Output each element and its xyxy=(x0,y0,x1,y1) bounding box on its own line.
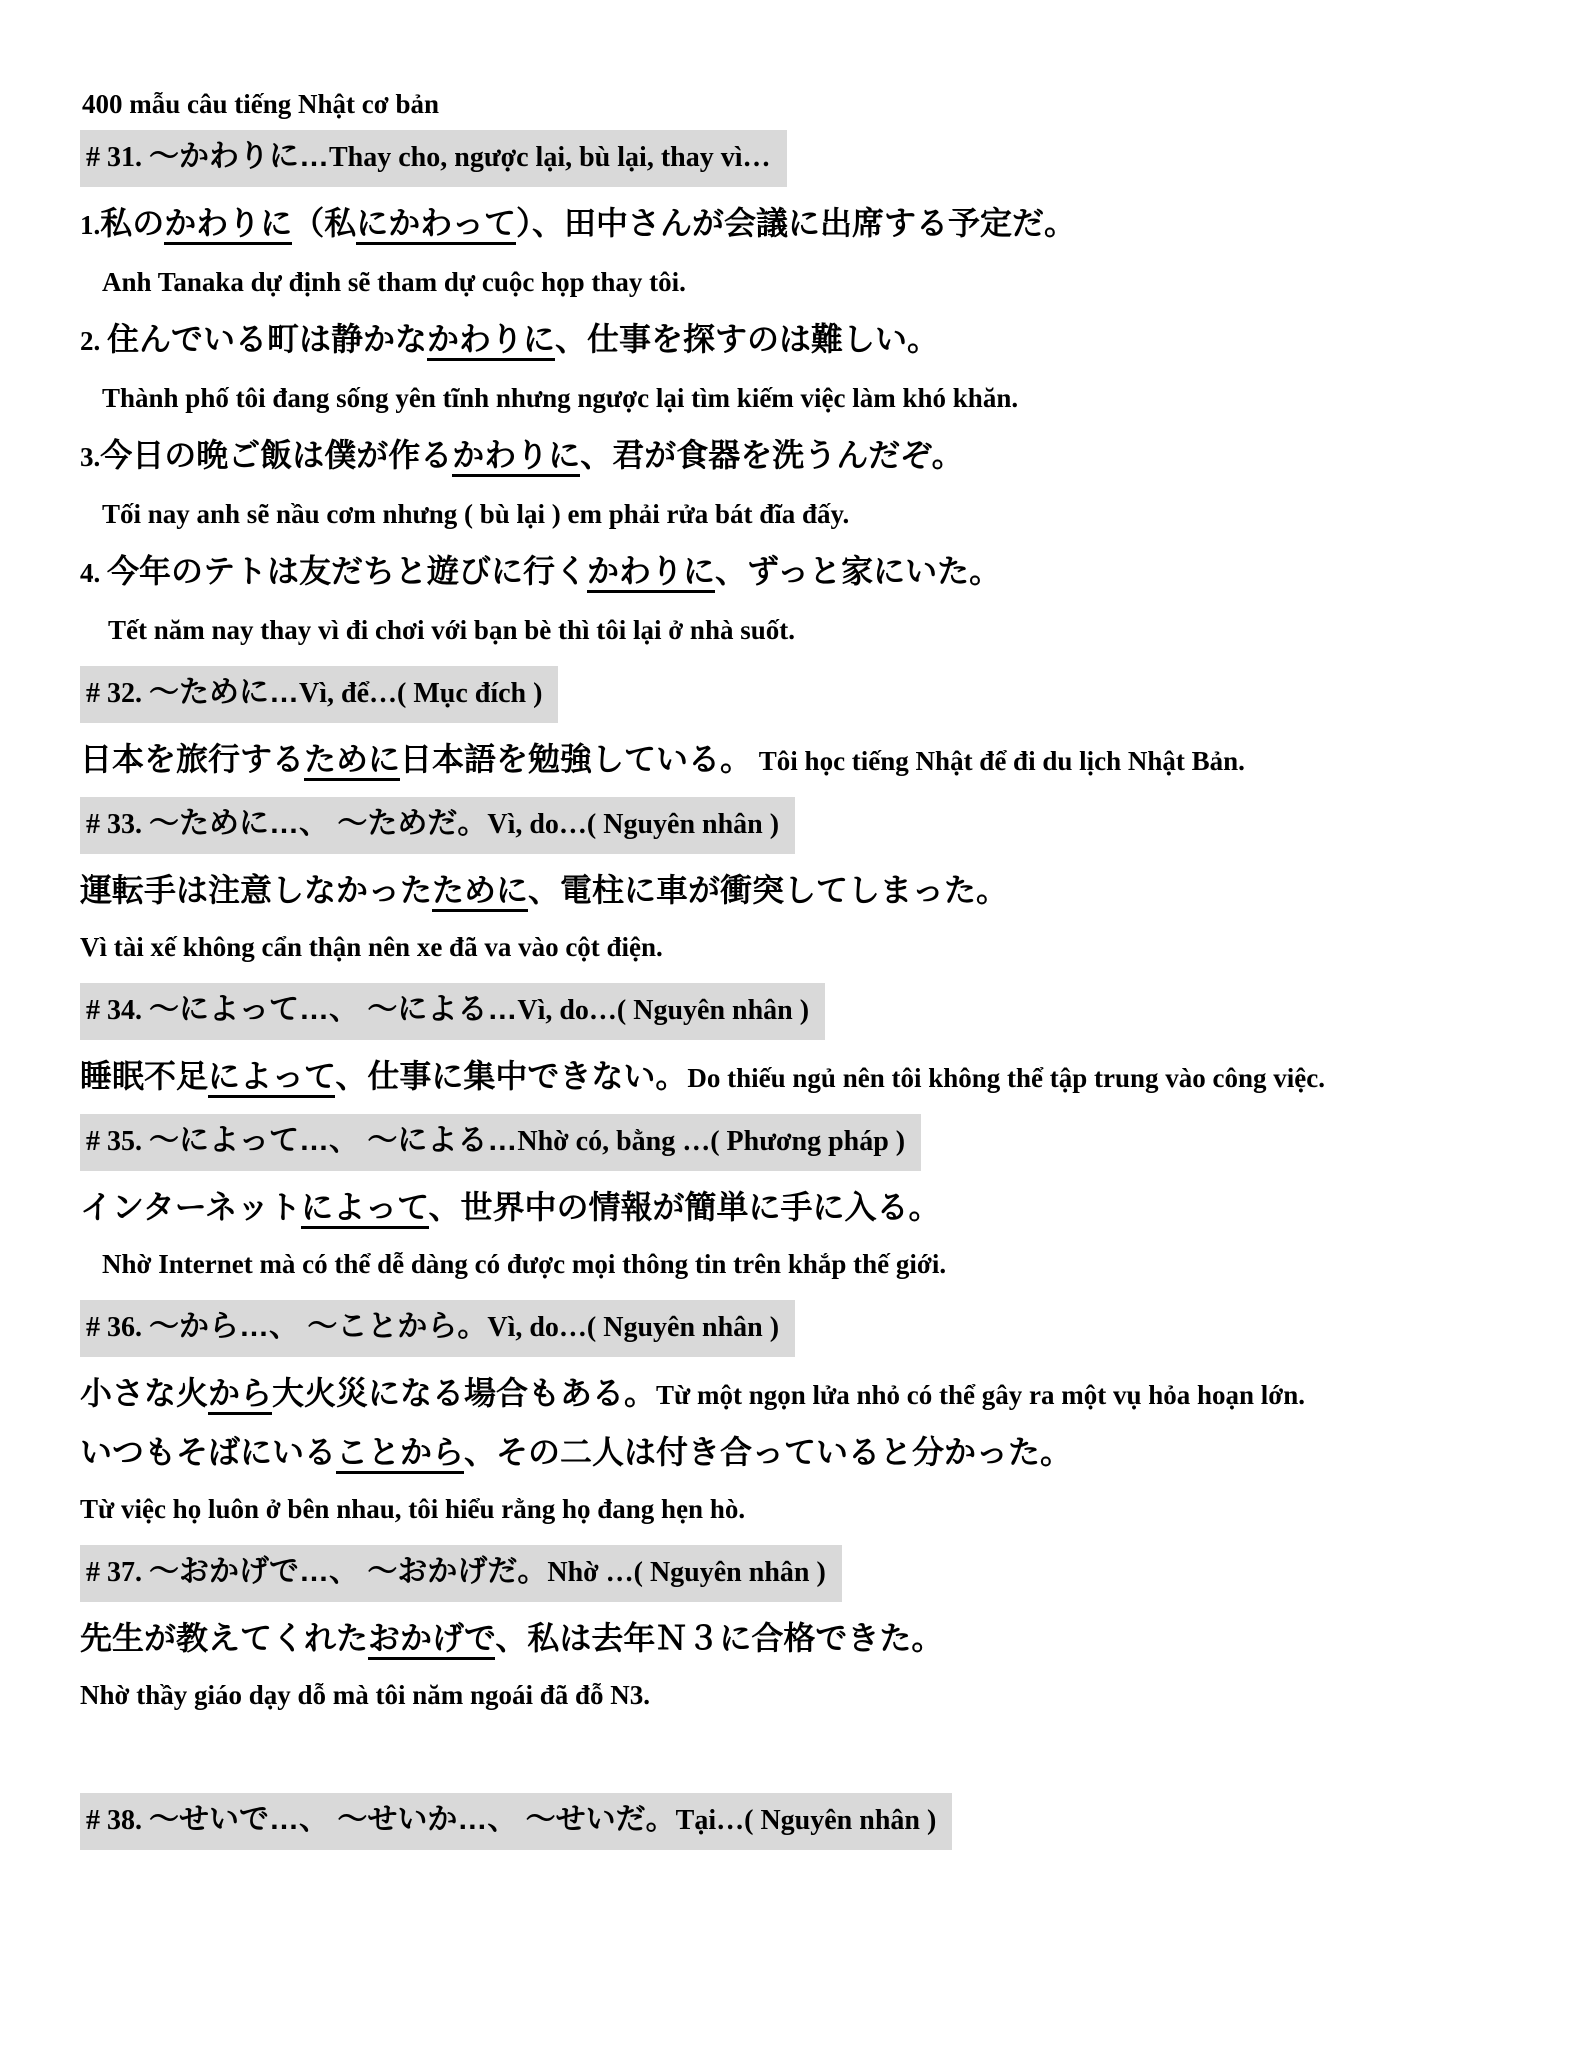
text-segment: 、仕事に集中できない。 xyxy=(335,1058,687,1094)
vietnamese-translation: Tết năm nay thay vì đi chơi với bạn bè t… xyxy=(80,609,1523,651)
underlined-grammar-pattern: ために xyxy=(304,741,400,781)
line-text: 4. 今年のテトは友だちと遊びに行くかわりに、ずっと家にいた。 xyxy=(80,550,1001,594)
grammar-pattern-header: # 32. ～ために…Vì, để…( Mục đích ) xyxy=(80,666,1523,723)
text-segment: ～ために… xyxy=(149,676,299,709)
line-text: Tết năm nay thay vì đi chơi với bạn bè t… xyxy=(108,609,795,651)
text-segment: Anh Tanaka dự định sẽ tham dự cuộc họp t… xyxy=(102,267,686,297)
japanese-sentence: いつもそばにいることから、その二人は付き合っていると分かった。 xyxy=(80,1431,1523,1473)
vietnamese-translation: Nhờ thầy giáo dạy dỗ mà tôi năm ngoái đã… xyxy=(80,1674,1523,1716)
text-segment: Vì tài xế không cẩn thận nên xe đã va và… xyxy=(80,932,663,962)
line-text: 1.私のかわりに（私にかわって）、田中さんが会議に出席する予定だ。 xyxy=(80,202,1076,246)
text-segment: Tết năm nay thay vì đi chơi với bạn bè t… xyxy=(108,615,795,645)
line-text: 2. 住んでいる町は静かなかわりに、仕事を探すのは難しい。 xyxy=(80,318,939,362)
text-segment: Tại…( Nguyên nhân ) xyxy=(676,1805,937,1836)
underlined-grammar-pattern: にかわって xyxy=(356,205,516,245)
text-segment: ～せいで…、 ～せいか…、 ～せいだ。 xyxy=(149,1803,676,1836)
text-segment: Tối nay anh sẽ nầu cơm nhưng ( bù lại ) … xyxy=(102,499,849,529)
text-segment: 日本語を勉強している。 xyxy=(400,741,752,777)
japanese-sentence: インターネットによって、世界中の情報が簡単に手に入る。 xyxy=(80,1186,1523,1228)
text-segment: 今年のテトは友だちと遊びに行く xyxy=(107,553,587,589)
text-segment: 3. xyxy=(80,442,100,472)
japanese-sentence: 運転手は注意しなかったために、電柱に車が衝突してしまった。 xyxy=(80,869,1523,911)
text-segment: ～によって…、 ～による… xyxy=(149,1124,517,1157)
underlined-grammar-pattern: おかげで xyxy=(368,1620,495,1660)
text-segment: # 38. xyxy=(86,1805,149,1836)
text-segment: 、ずっと家にいた。 xyxy=(715,553,1001,589)
vietnamese-translation: Từ việc họ luôn ở bên nhau, tôi hiểu rằn… xyxy=(80,1488,1523,1530)
line-text: Tối nay anh sẽ nầu cơm nhưng ( bù lại ) … xyxy=(102,493,849,535)
text-segment: 先生が教えてくれた xyxy=(80,1620,368,1656)
text-segment: 2. xyxy=(80,326,107,356)
spacer xyxy=(80,1731,1523,1793)
text-segment: Tôi học tiếng Nhật để đi du lịch Nhật Bả… xyxy=(752,746,1245,776)
vietnamese-translation: Anh Tanaka dự định sẽ tham dự cuộc họp t… xyxy=(80,261,1523,303)
japanese-sentence: 先生が教えてくれたおかげで、私は去年Ｎ３に合格できた。 xyxy=(80,1617,1523,1659)
text-segment: 、私は去年Ｎ３に合格できた。 xyxy=(495,1620,943,1656)
header-highlight: # 32. ～ために…Vì, để…( Mục đích ) xyxy=(80,666,558,723)
text-segment: Nhờ …( Nguyên nhân ) xyxy=(547,1557,825,1588)
underlined-grammar-pattern: によって xyxy=(208,1058,335,1098)
content: # 31. ～かわりに…Thay cho, ngược lại, bù lại,… xyxy=(80,130,1523,1850)
grammar-pattern-header: # 36. ～から…、 ～ことから。Vì, do…( Nguyên nhân ) xyxy=(80,1300,1523,1357)
line-text: 3.今日の晩ご飯は僕が作るかわりに、君が食器を洗うんだぞ。 xyxy=(80,434,964,478)
text-segment: 、その二人は付き合っていると分かった。 xyxy=(464,1434,1072,1470)
header-highlight: # 36. ～から…、 ～ことから。Vì, do…( Nguyên nhân ) xyxy=(80,1300,795,1357)
text-segment: ～ために…、 ～ためだ。 xyxy=(149,807,487,840)
text-segment: Nhờ có, bằng …( Phương pháp ) xyxy=(517,1126,905,1157)
text-segment: ～かわりに… xyxy=(149,140,329,173)
grammar-pattern-header: # 35. ～によって…、 ～による…Nhờ có, bằng …( Phươn… xyxy=(80,1114,1523,1171)
underlined-grammar-pattern: かわりに xyxy=(452,437,580,477)
text-segment: Vì, do…( Nguyên nhân ) xyxy=(487,809,779,840)
text-segment: 、電柱に車が衝突してしまった。 xyxy=(528,872,1008,908)
text-segment: # 31. xyxy=(86,142,149,173)
text-segment: Từ việc họ luôn ở bên nhau, tôi hiểu rằn… xyxy=(80,1494,745,1524)
vietnamese-translation: Nhờ Internet mà có thể dễ dàng có được m… xyxy=(80,1243,1523,1285)
text-segment: 日本を旅行する xyxy=(80,741,304,777)
japanese-sentence: 1.私のかわりに（私にかわって）、田中さんが会議に出席する予定だ。 xyxy=(80,202,1523,246)
document-title: 400 mẫu câu tiếng Nhật cơ bản xyxy=(82,88,1523,120)
line-text: Từ việc họ luôn ở bên nhau, tôi hiểu rằn… xyxy=(80,1488,745,1530)
line-text: 日本を旅行するために日本語を勉強している。 Tôi học tiếng Nhật… xyxy=(80,738,1245,782)
header-highlight: # 37. ～おかげで…、 ～おかげだ。Nhờ …( Nguyên nhân ) xyxy=(80,1545,842,1602)
text-segment: ～から…、 ～ことから。 xyxy=(149,1310,487,1343)
text-segment: # 35. xyxy=(86,1126,149,1157)
japanese-sentence: 小さな火から大火災になる場合もある。Từ một ngọn lửa nhỏ có… xyxy=(80,1372,1523,1416)
text-segment: # 33. xyxy=(86,809,149,840)
grammar-pattern-header: # 38. ～せいで…、 ～せいか…、 ～せいだ。Tại…( Nguyên nh… xyxy=(80,1793,1523,1850)
document-page: 400 mẫu câu tiếng Nhật cơ bản # 31. ～かわり… xyxy=(0,0,1583,2048)
line-text: 運転手は注意しなかったために、電柱に車が衝突してしまった。 xyxy=(80,869,1008,911)
text-segment: 私の xyxy=(100,205,164,241)
grammar-pattern-header: # 34. ～によって…、 ～による…Vì, do…( Nguyên nhân … xyxy=(80,983,1523,1040)
grammar-pattern-header: # 37. ～おかげで…、 ～おかげだ。Nhờ …( Nguyên nhân ) xyxy=(80,1545,1523,1602)
underlined-grammar-pattern: かわりに xyxy=(164,205,292,245)
underlined-grammar-pattern: から xyxy=(208,1375,272,1415)
text-segment: いつもそばにいる xyxy=(80,1434,336,1470)
text-segment: Thành phố tôi đang sống yên tĩnh nhưng n… xyxy=(102,383,1018,413)
header-highlight: # 35. ～によって…、 ～による…Nhờ có, bằng …( Phươn… xyxy=(80,1114,921,1171)
text-segment: インターネット xyxy=(80,1189,301,1225)
text-segment: 1. xyxy=(80,210,100,240)
vietnamese-translation: Thành phố tôi đang sống yên tĩnh nhưng n… xyxy=(80,377,1523,419)
line-text: 睡眠不足によって、仕事に集中できない。Do thiếu ngủ nên tôi … xyxy=(80,1055,1325,1099)
text-segment: Thay cho, ngược lại, bù lại, thay vì… xyxy=(329,142,771,173)
text-segment: 睡眠不足 xyxy=(80,1058,208,1094)
text-segment: 4. xyxy=(80,558,107,588)
japanese-sentence: 4. 今年のテトは友だちと遊びに行くかわりに、ずっと家にいた。 xyxy=(80,550,1523,594)
text-segment: # 36. xyxy=(86,1312,149,1343)
header-highlight: # 34. ～によって…、 ～による…Vì, do…( Nguyên nhân … xyxy=(80,983,825,1040)
text-segment: ～おかげで…、 ～おかげだ。 xyxy=(149,1555,547,1588)
underlined-grammar-pattern: ために xyxy=(432,872,528,912)
line-text: インターネットによって、世界中の情報が簡単に手に入る。 xyxy=(80,1186,941,1228)
text-segment: # 34. xyxy=(86,995,149,1026)
header-highlight: # 38. ～せいで…、 ～せいか…、 ～せいだ。Tại…( Nguyên nh… xyxy=(80,1793,952,1850)
vietnamese-translation: Tối nay anh sẽ nầu cơm nhưng ( bù lại ) … xyxy=(80,493,1523,535)
grammar-pattern-header: # 31. ～かわりに…Thay cho, ngược lại, bù lại,… xyxy=(80,130,1523,187)
text-segment: Do thiếu ngủ nên tôi không thể tập trung… xyxy=(687,1063,1325,1093)
text-segment: 、世界中の情報が簡単に手に入る。 xyxy=(429,1189,941,1225)
line-text: 小さな火から大火災になる場合もある。Từ một ngọn lửa nhỏ có… xyxy=(80,1372,1305,1416)
text-segment: 小さな火 xyxy=(80,1375,208,1411)
line-text: Nhờ thầy giáo dạy dỗ mà tôi năm ngoái đã… xyxy=(80,1674,650,1716)
text-segment: Nhờ thầy giáo dạy dỗ mà tôi năm ngoái đã… xyxy=(80,1680,650,1710)
text-segment: # 37. xyxy=(86,1557,149,1588)
japanese-sentence: 睡眠不足によって、仕事に集中できない。Do thiếu ngủ nên tôi … xyxy=(80,1055,1523,1099)
underlined-grammar-pattern: かわりに xyxy=(587,553,715,593)
line-text: Vì tài xế không cẩn thận nên xe đã va và… xyxy=(80,926,663,968)
underlined-grammar-pattern: によって xyxy=(301,1189,428,1229)
japanese-sentence: 2. 住んでいる町は静かなかわりに、仕事を探すのは難しい。 xyxy=(80,318,1523,362)
text-segment: 今日の晩ご飯は僕が作る xyxy=(100,437,452,473)
line-text: Anh Tanaka dự định sẽ tham dự cuộc họp t… xyxy=(102,261,686,303)
underlined-grammar-pattern: かわりに xyxy=(427,321,555,361)
text-segment: （私 xyxy=(292,205,356,241)
line-text: Thành phố tôi đang sống yên tĩnh nhưng n… xyxy=(102,377,1018,419)
text-segment: 大火災になる場合もある。 xyxy=(272,1375,656,1411)
text-segment: 、仕事を探すのは難しい。 xyxy=(555,321,939,357)
line-text: いつもそばにいることから、その二人は付き合っていると分かった。 xyxy=(80,1431,1072,1473)
text-segment: ～によって…、 ～による… xyxy=(149,993,517,1026)
header-highlight: # 31. ～かわりに…Thay cho, ngược lại, bù lại,… xyxy=(80,130,787,187)
text-segment: # 32. xyxy=(86,678,149,709)
underlined-grammar-pattern: ことから xyxy=(336,1434,464,1474)
vietnamese-translation: Vì tài xế không cẩn thận nên xe đã va và… xyxy=(80,926,1523,968)
text-segment: Vì, do…( Nguyên nhân ) xyxy=(517,995,809,1026)
text-segment: Vì, do…( Nguyên nhân ) xyxy=(487,1312,779,1343)
japanese-sentence: 日本を旅行するために日本語を勉強している。 Tôi học tiếng Nhật… xyxy=(80,738,1523,782)
text-segment: 住んでいる町は静かな xyxy=(107,321,427,357)
line-text: 先生が教えてくれたおかげで、私は去年Ｎ３に合格できた。 xyxy=(80,1617,943,1659)
text-segment: Vì, để…( Mục đích ) xyxy=(299,678,542,709)
text-segment: Từ một ngọn lửa nhỏ có thể gây ra một vụ… xyxy=(656,1380,1305,1410)
header-highlight: # 33. ～ために…、 ～ためだ。Vì, do…( Nguyên nhân ) xyxy=(80,797,795,854)
text-segment: ）、田中さんが会議に出席する予定だ。 xyxy=(516,205,1076,241)
text-segment: 、君が食器を洗うんだぞ。 xyxy=(580,437,963,473)
text-segment: Nhờ Internet mà có thể dễ dàng có được m… xyxy=(102,1249,946,1279)
japanese-sentence: 3.今日の晩ご飯は僕が作るかわりに、君が食器を洗うんだぞ。 xyxy=(80,434,1523,478)
line-text: Nhờ Internet mà có thể dễ dàng có được m… xyxy=(102,1243,946,1285)
grammar-pattern-header: # 33. ～ために…、 ～ためだ。Vì, do…( Nguyên nhân ) xyxy=(80,797,1523,854)
text-segment: 運転手は注意しなかった xyxy=(80,872,432,908)
